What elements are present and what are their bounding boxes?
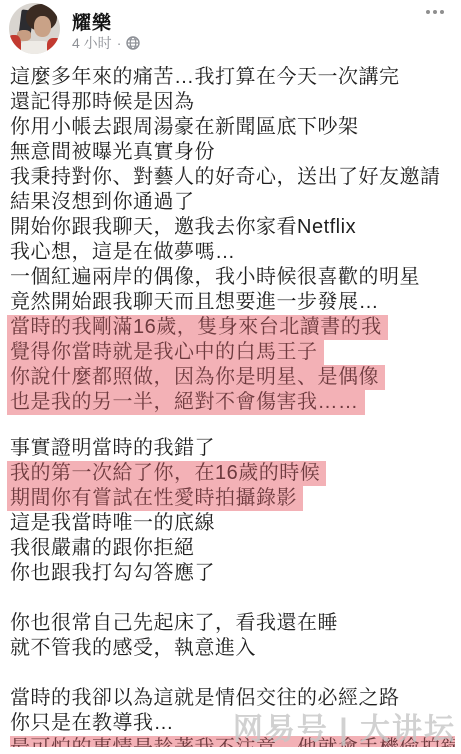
post-line: 你用小帳去跟周湯豪在新聞區底下吵架 xyxy=(10,115,455,140)
highlighted-text: 也是我的另一半，絕對不會傷害我…… xyxy=(7,390,365,415)
paragraph: 當時的我卻以為這就是情侶交往的必經之路你只是在教導我…最可怕的事情是趁著我不注意… xyxy=(10,686,455,747)
post-line: 一個紅遍兩岸的偶像，我小時候很喜歡的明星 xyxy=(10,265,455,290)
highlighted-text: 當時的我剛滿16歲，隻身來台北讀書的我 xyxy=(7,315,388,340)
post-line: 你說什麼都照做，因為你是明星、是偶像 xyxy=(10,365,455,390)
paragraph: 你也很常自己先起床了，看我還在睡就不管我的感受，執意進入 xyxy=(10,611,455,661)
ellipsis-dot xyxy=(433,10,437,14)
post-header: 耀樂 4 小时 · xyxy=(0,0,461,60)
post-line: 我秉持對你、對藝人的好奇心，送出了好友邀請 xyxy=(10,165,455,190)
post-line: 期間你有嘗試在性愛時拍攝錄影 xyxy=(10,486,455,511)
post-line: 當時的我卻以為這就是情侶交往的必經之路 xyxy=(10,686,455,711)
avatar-face-shape xyxy=(34,16,51,37)
paragraph: 事實證明當時的我錯了我的第一次給了你，在16歲的時候期間你有嘗試在性愛時拍攝錄影… xyxy=(10,436,455,586)
post-line: 結果沒想到你通過了 xyxy=(10,190,455,215)
post-line: 你只是在教導我… xyxy=(10,711,455,736)
post-options-button[interactable] xyxy=(422,6,448,18)
post-line: 你也很常自己先起床了，看我還在睡 xyxy=(10,611,455,636)
post-line: 還記得那時候是因為 xyxy=(10,90,455,115)
avatar-jacket-shape xyxy=(47,38,60,54)
highlighted-text: 最可怕的事情是趁著我不注意，他就會手機偷拍錄影 xyxy=(10,736,455,747)
meta-separator: · xyxy=(117,35,122,51)
post-line: 事實證明當時的我錯了 xyxy=(10,436,455,461)
highlighted-text: 我的第一次給了你，在16歲的時候 xyxy=(7,461,326,486)
post-line: 我心想，這是在做夢嗎… xyxy=(10,240,455,265)
post-line: 你也跟我打勾勾答應了 xyxy=(10,561,455,586)
avatar-jacket-shape xyxy=(9,35,21,54)
post-meta: 4 小时 · xyxy=(72,33,140,53)
post-line: 無意間被曝光真實身份 xyxy=(10,140,455,165)
timestamp: 4 小时 xyxy=(72,33,112,53)
post-body: 這麼多年來的痛苦…我打算在今天一次講完還記得那時候是因為你用小帳去跟周湯豪在新聞… xyxy=(0,60,461,747)
post-line: 當時的我剛滿16歲，隻身來台北讀書的我 xyxy=(10,315,455,340)
globe-icon xyxy=(126,36,140,50)
highlighted-text: 你說什麼都照做，因為你是明星、是偶像 xyxy=(7,365,385,390)
ellipsis-dot xyxy=(440,10,444,14)
post-line: 就不管我的感受，執意進入 xyxy=(10,636,455,661)
post-line: 我的第一次給了你，在16歲的時候 xyxy=(10,461,455,486)
paragraph: 這麼多年來的痛苦…我打算在今天一次講完還記得那時候是因為你用小帳去跟周湯豪在新聞… xyxy=(10,65,455,415)
post-line: 最可怕的事情是趁著我不注意，他就會手機偷拍錄影 xyxy=(10,736,455,747)
highlighted-text: 覺得你當時就是我心中的白馬王子 xyxy=(7,340,324,365)
highlighted-text: 期間你有嘗試在性愛時拍攝錄影 xyxy=(7,486,303,511)
post-line: 覺得你當時就是我心中的白馬王子 xyxy=(10,340,455,365)
avatar[interactable] xyxy=(9,3,60,54)
user-name[interactable]: 耀樂 xyxy=(72,8,112,35)
post-line: 我很嚴肅的跟你拒絕 xyxy=(10,536,455,561)
ellipsis-dot xyxy=(426,10,430,14)
post-line: 這麼多年來的痛苦…我打算在今天一次講完 xyxy=(10,65,455,90)
post-line: 竟然開始跟我聊天而且想要進一步發展… xyxy=(10,290,455,315)
post-line: 這是我當時唯一的底線 xyxy=(10,511,455,536)
post-line: 也是我的另一半，絕對不會傷害我…… xyxy=(10,390,455,415)
post-line: 開始你跟我聊天，邀我去你家看Netflix xyxy=(10,215,455,240)
